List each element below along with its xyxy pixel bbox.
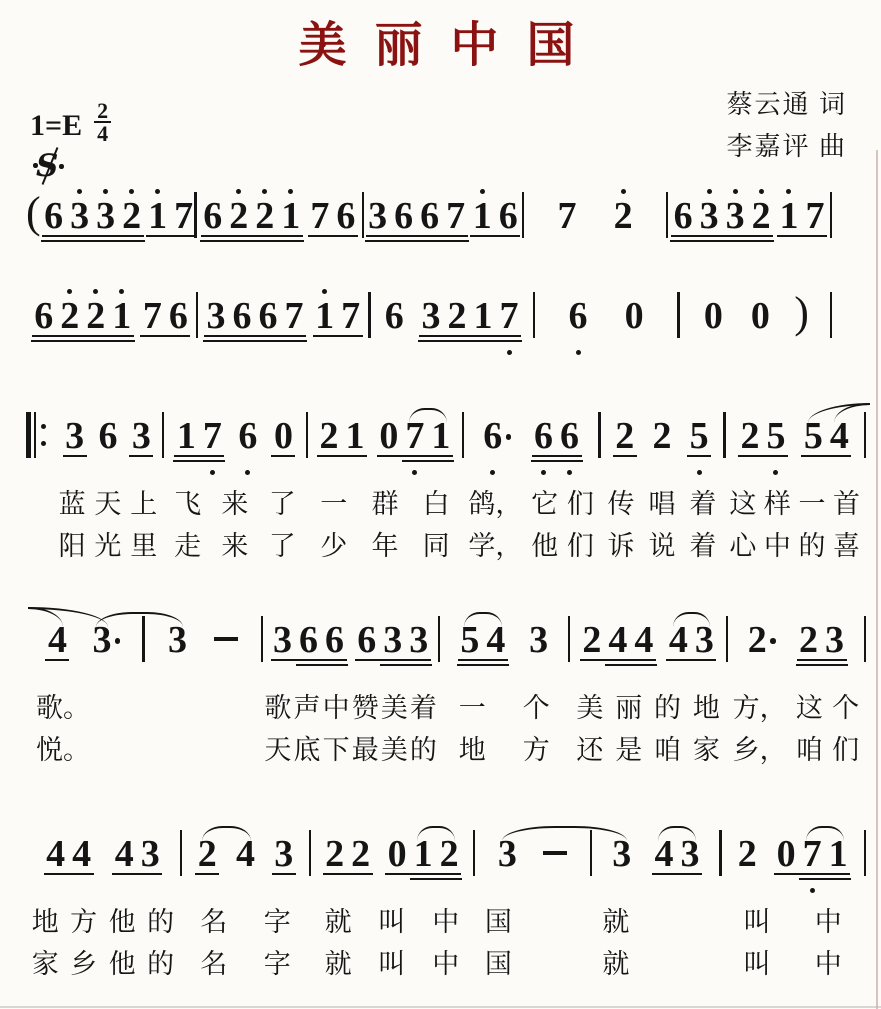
lyric-syllable: 咱 <box>796 728 823 767</box>
octave-dot-below <box>773 470 778 475</box>
duration-lines <box>346 457 365 467</box>
duration-lines <box>60 337 79 347</box>
notes-line: 366716 <box>364 182 522 260</box>
verse-line-2: 43歌。悦。3366633歌声中赞美着天底下最美的543一个地方24443美丽的… <box>26 606 872 768</box>
duration-lines <box>652 457 671 467</box>
lyrics-row-1: 就叫中 <box>311 898 473 940</box>
duration-lines <box>174 237 193 247</box>
lyric-syllable: 就 <box>325 900 352 939</box>
duration-lines <box>232 337 251 347</box>
lyric-syllable: 同 <box>423 524 450 563</box>
note: 2 <box>316 402 342 480</box>
lyric-syllable: 一 <box>798 482 825 521</box>
lyric-syllable: 方， <box>733 686 787 725</box>
notes-line: 60 <box>535 282 677 360</box>
slur <box>658 826 695 841</box>
octave-dot-above <box>786 189 791 194</box>
note-digit: 3 <box>206 296 225 337</box>
note-digit: 6 <box>534 416 553 457</box>
note: 1 <box>312 282 338 360</box>
lyrics-row-1: 名字 <box>182 898 309 940</box>
duration-lines <box>690 457 709 467</box>
duration-lines <box>284 337 303 347</box>
duration-lines <box>214 661 238 671</box>
duration-lines <box>473 237 492 247</box>
lyric-syllable: 了 <box>269 524 296 563</box>
duration-lines <box>98 457 117 467</box>
octave-dot-below <box>567 470 572 475</box>
note-group: 6332 <box>41 182 145 260</box>
note-group: 3 <box>128 402 154 480</box>
duration-lines <box>700 237 719 247</box>
note: 0 <box>270 402 296 480</box>
lyricist-credit: 蔡云通 词 <box>726 84 847 126</box>
lyric-syllable: 地 <box>32 900 59 939</box>
note: 6 <box>200 182 226 260</box>
note: 4 <box>69 820 95 898</box>
note-digit: 2 <box>748 620 767 661</box>
note-digit: 2 <box>740 416 759 457</box>
note-digit: 2 <box>752 196 771 237</box>
note-digit: 6 <box>483 416 502 457</box>
note-digit: 4 <box>46 834 65 875</box>
duration-lines <box>169 337 188 347</box>
duration-lines <box>422 337 441 347</box>
notes-line: 633217 <box>41 182 195 260</box>
lyric-syllable: 他 <box>531 524 558 563</box>
note: 6 <box>391 182 417 260</box>
lyrics-row-2: 阳光里 <box>54 522 162 564</box>
note-digit: 3 <box>368 196 387 237</box>
octave-dot-above <box>236 189 241 194</box>
note-group: 3 <box>62 402 88 480</box>
duration-lines <box>310 237 329 247</box>
duration-lines <box>830 457 849 467</box>
note: 7 <box>338 282 364 360</box>
octave-dot-below-slot <box>697 467 702 480</box>
duration-lines <box>299 661 318 671</box>
note: 2 <box>444 282 470 360</box>
note-digit: 7 <box>143 296 162 337</box>
lyric-syllable: 叫 <box>744 942 771 981</box>
octave-dot-below-slot <box>412 467 417 480</box>
note-group: 25 <box>737 402 789 480</box>
lyrics-row-2: 乡，咱们 <box>728 726 864 768</box>
duration-lines <box>258 337 277 347</box>
lyric-syllable: 光 <box>94 524 121 563</box>
measure: 00) <box>680 282 830 360</box>
note-digit: 6 <box>385 296 404 337</box>
sheet-music-page: 美 丽 中 国 蔡云通 词 李嘉评 曲 1=E 2 4 S (633217622… <box>0 0 881 1009</box>
note: 2 <box>226 182 252 260</box>
duration-lines <box>238 457 257 467</box>
lyric-syllable: 最 <box>352 728 379 767</box>
lyric-syllable: 少 <box>320 524 347 563</box>
note-digit: 6 <box>325 620 344 661</box>
note: 6 <box>354 606 380 684</box>
note-digit: 6 <box>674 196 693 237</box>
note-digit: 4 <box>608 620 627 661</box>
note: 1 <box>470 282 496 360</box>
octave-dot-below-slot <box>541 467 546 480</box>
measure: 225传唱着诉说着 <box>601 402 724 564</box>
duration-lines <box>803 875 822 885</box>
duration-lines <box>368 237 387 247</box>
lyric-syllable: 底 <box>293 728 320 767</box>
note-digit: 1 <box>281 196 300 237</box>
note: 3 <box>380 606 406 684</box>
note: 1 <box>145 182 171 260</box>
duration-lines <box>325 661 344 671</box>
octave-dot-above <box>93 289 98 294</box>
note-group: 0 <box>270 402 296 480</box>
note-digit: 1 <box>474 296 493 337</box>
duration-lines <box>388 875 407 885</box>
lyrics-row-1: 叫中 <box>722 898 864 940</box>
octave-dot-below <box>507 350 512 355</box>
note: 5 <box>686 402 712 480</box>
duration-lines <box>669 661 688 671</box>
lyric-syllable: 就 <box>602 942 629 981</box>
note: 6 <box>296 606 322 684</box>
lyric-syllable: 美 <box>381 728 408 767</box>
augmentation-dot <box>115 638 121 644</box>
note-digit: 3 <box>70 196 89 237</box>
note-group: 0 <box>621 282 647 360</box>
lyric-syllable: 白 <box>423 482 450 521</box>
measure: 343就就 <box>592 820 719 982</box>
intro-line-2: 622176366717632176000) <box>26 282 872 360</box>
note-digit: 6 <box>394 196 413 237</box>
lyric-syllable: 中 <box>432 942 459 981</box>
duration-lines <box>70 237 89 247</box>
lyric-syllable: 的 <box>798 524 825 563</box>
note: 7 <box>802 182 828 260</box>
note-digit: 3 <box>274 834 293 875</box>
note-group: 3667 <box>365 182 469 260</box>
octave-dot-above-slot <box>77 182 82 196</box>
note-group: 66 <box>531 402 583 480</box>
lyric-syllable: 歌。 <box>36 686 90 725</box>
note-group: 366 <box>270 606 348 684</box>
duration-lines <box>446 237 465 247</box>
note: 7 <box>496 282 522 360</box>
octave-dot-above <box>480 189 485 194</box>
note-group: 2 <box>610 182 636 260</box>
lyric-syllable: 美 <box>381 686 408 725</box>
note: 3 <box>271 820 297 898</box>
note-group: 6221 <box>200 182 304 260</box>
note-digit: 3 <box>273 620 292 661</box>
note-digit: 3 <box>141 834 160 875</box>
duration-lines <box>740 457 759 467</box>
lyrics-row-2: 还是咱家 <box>570 726 725 768</box>
duration-lines <box>748 661 767 671</box>
note-digit: 0 <box>388 834 407 875</box>
measure: 223方，这个乡，咱们 <box>728 606 864 768</box>
note: 1 <box>469 182 495 260</box>
augmentation-dot <box>770 638 776 644</box>
note: 6 <box>95 402 121 480</box>
note-digit: 7 <box>558 196 577 237</box>
octave-dot-above-slot <box>288 182 293 196</box>
duration-lines <box>414 875 433 885</box>
duration-lines <box>529 661 548 671</box>
measures-row: (63321762217636671672633217 <box>26 182 832 260</box>
note-digit: 7 <box>805 196 824 237</box>
lyric-syllable: 着 <box>689 482 716 521</box>
lyric-syllable: 的 <box>654 686 681 725</box>
note-group: 2 <box>649 402 675 480</box>
note: 3 <box>365 182 391 260</box>
duration-lines <box>86 337 105 347</box>
lyrics-row-2: 国 <box>475 940 590 982</box>
lyric-syllable: 着 <box>410 686 437 725</box>
duration-lines <box>420 237 439 247</box>
lyric-syllable: 下 <box>323 728 350 767</box>
lyrics-row-2: 就叫中 <box>311 940 473 982</box>
duration-lines <box>431 457 450 467</box>
measure: 622176 <box>197 182 362 260</box>
octave-dot-above <box>707 189 712 194</box>
segno-icon: S <box>36 148 70 186</box>
lyrics-row-1: 传唱着 <box>601 480 724 522</box>
octave-dot-above <box>621 189 626 194</box>
note: 2 <box>579 606 605 684</box>
lyric-syllable: 来 <box>221 482 248 521</box>
note-group: 44 <box>43 820 95 898</box>
octave-dot-below-slot <box>245 467 250 480</box>
note: 1 <box>109 282 135 360</box>
note: 6 <box>480 402 506 480</box>
octave-dot-below <box>576 350 581 355</box>
note-digit: 6 <box>44 196 63 237</box>
measures-row: 4443地方他的家乡他的243名字名字22012就叫中就叫中3国国343就就20… <box>26 820 866 982</box>
note: 2 <box>744 606 770 684</box>
note-digit: 2 <box>325 834 344 875</box>
duration-lines <box>825 661 844 671</box>
lyric-syllable: 家 <box>693 728 720 767</box>
note-group: 3217 <box>418 282 522 360</box>
lyric-syllable: 们 <box>832 728 859 767</box>
note: 6 <box>229 282 255 360</box>
lyric-syllable: 这 <box>729 482 756 521</box>
lyrics-row-2: 家乡他的 <box>26 940 180 982</box>
note: 7 <box>307 182 333 260</box>
measure: 21071一群白少年同 <box>308 402 462 564</box>
credits: 蔡云通 词 李嘉评 曲 <box>726 84 847 168</box>
duration-lines <box>229 237 248 247</box>
repeat-dot <box>41 441 46 446</box>
note-digit: 1 <box>112 296 131 337</box>
duration-lines <box>206 337 225 347</box>
duration-lines <box>122 237 141 247</box>
lyric-syllable: 字 <box>264 942 291 981</box>
barline <box>830 192 832 238</box>
duration-lines <box>203 457 222 467</box>
duration-lines <box>48 661 67 671</box>
lyric-syllable: 咱 <box>654 728 681 767</box>
note: 2 <box>748 182 774 260</box>
lyric-syllable: 这 <box>796 686 823 725</box>
note-digit: 1 <box>177 416 196 457</box>
duration-lines <box>394 237 413 247</box>
lyric-syllable: 美 <box>576 686 603 725</box>
note-group: 244 <box>579 606 657 684</box>
note-digit: 3 <box>825 620 844 661</box>
lyric-syllable: 年 <box>371 524 398 563</box>
lyric-syllable: 蓝 <box>59 482 86 521</box>
note: 4 <box>631 606 657 684</box>
duration-lines <box>46 875 65 885</box>
duration-lines <box>96 237 115 247</box>
note: 0 <box>700 282 726 360</box>
note-digit: 3 <box>96 196 115 237</box>
note: 0 <box>747 282 773 360</box>
duration-lines <box>351 875 370 885</box>
repeat-start-sign <box>26 412 46 458</box>
notes-line: 622176 <box>197 182 362 260</box>
lyrics-row-1: 蓝天上 <box>54 480 162 522</box>
note: 0 <box>376 402 402 480</box>
open-paren: ( <box>26 190 41 236</box>
duration-lines <box>203 237 222 247</box>
note-group: 23 <box>796 606 848 684</box>
lyrics-row-1: 就 <box>592 898 719 940</box>
measure: 43歌。悦。 <box>26 606 142 768</box>
lyrics-row-1: 歌声中赞美着 <box>263 684 438 726</box>
note: 6 <box>495 182 521 260</box>
duration-lines <box>560 457 579 467</box>
note: 6 <box>165 282 191 360</box>
note-digit: 2 <box>229 196 248 237</box>
augmentation-dot <box>506 434 512 440</box>
note-digit: 6 <box>420 196 439 237</box>
note: 7 <box>281 282 307 360</box>
note-group: 6 <box>235 402 261 480</box>
duration-lines <box>143 337 162 347</box>
duration-lines <box>752 237 771 247</box>
duration-lines <box>341 337 360 347</box>
duration-lines <box>379 457 398 467</box>
lyric-syllable: 个 <box>523 686 550 725</box>
note-group: 3667 <box>203 282 307 360</box>
duration-lines <box>440 875 459 885</box>
note-digit: 2 <box>448 296 467 337</box>
lyric-syllable: 中 <box>764 524 791 563</box>
note-digit: 6 <box>336 196 355 237</box>
octave-dot-above <box>759 189 764 194</box>
lyric-syllable: 他 <box>109 900 136 939</box>
note-digit: 0 <box>625 296 644 337</box>
note-group: 6 <box>480 402 515 480</box>
duration-lines <box>608 661 627 671</box>
note-group: 2 <box>734 820 760 898</box>
note: 6 <box>333 182 359 260</box>
note-group: 7 <box>554 182 580 260</box>
lyrics-row-1: 一个 <box>440 684 568 726</box>
note-digit: 6 <box>232 296 251 337</box>
duration-lines <box>168 661 187 671</box>
octave-dot-below-slot <box>567 467 572 480</box>
note-digit: 6 <box>169 296 188 337</box>
lyrics-row-1: 地方他的 <box>26 898 180 940</box>
note-digit: 2 <box>351 834 370 875</box>
lyric-syllable: 声 <box>293 686 320 725</box>
time-signature: 2 4 <box>94 100 111 144</box>
note-group: 76 <box>139 282 191 360</box>
note: 6 <box>557 402 583 480</box>
measures-row: 363蓝天上阳光里1760飞来了走来了21071一群白少年同666鸽，它们学，他… <box>26 402 866 564</box>
duration-lines <box>486 661 505 671</box>
octave-dot-above <box>155 189 160 194</box>
notes-line: 622176 <box>26 282 196 360</box>
lyric-syllable: 还 <box>576 728 603 767</box>
measure: 366717 <box>198 282 368 360</box>
octave-dot-above-slot <box>621 182 626 196</box>
note-digit: 6 <box>357 620 376 661</box>
note: 0 <box>384 820 410 898</box>
lyric-syllable: 个 <box>832 686 859 725</box>
note-group: 6 <box>381 282 407 360</box>
duration-lines <box>281 237 300 247</box>
note: 3 <box>526 606 552 684</box>
octave-dot-below <box>490 470 495 475</box>
song-title: 美 丽 中 国 <box>0 6 881 75</box>
note: 4 <box>605 606 631 684</box>
note: 2 <box>322 820 348 898</box>
lyrics-row-2: 悦。 <box>26 726 142 768</box>
note: 7 <box>139 282 165 360</box>
note-digit: 3 <box>700 196 719 237</box>
note-digit: 6 <box>569 296 588 337</box>
note-digit: 6 <box>238 416 257 457</box>
lyric-syllable: 天 <box>94 482 121 521</box>
octave-dot-below-slot <box>810 885 815 898</box>
note-group: 17 <box>173 402 225 480</box>
duration-lines <box>474 337 493 347</box>
note-group: 21 <box>316 402 368 480</box>
duration-lines <box>582 661 601 671</box>
lyric-syllable: 群 <box>371 482 398 521</box>
score: (633217622176366716726332176221763667176… <box>26 182 872 982</box>
note: 6 <box>235 402 261 480</box>
duration-lines <box>320 457 339 467</box>
note: 2 <box>348 820 374 898</box>
duration-lines <box>141 875 160 885</box>
duration-lines <box>681 875 700 885</box>
repeat-dot <box>41 424 46 429</box>
note-group: 16 <box>469 182 521 260</box>
lyric-syllable: 中 <box>432 900 459 939</box>
note-group: 6 <box>95 402 121 480</box>
measure: 666鸽，它们学，他们 <box>464 402 598 564</box>
note: 2 <box>612 402 638 480</box>
duration-lines <box>115 875 134 885</box>
note: 6 <box>381 282 407 360</box>
octave-dot-below-slot <box>490 467 495 480</box>
duration-lines <box>655 875 674 885</box>
octave-dot-above-slot <box>129 182 134 196</box>
lyric-syllable: 的 <box>410 728 437 767</box>
lyric-syllable: 一 <box>320 482 347 521</box>
note-digit: 2 <box>86 296 105 337</box>
notes-line: 72 <box>524 182 666 260</box>
note-digit: 4 <box>634 620 653 661</box>
measure: 63217 <box>371 282 533 360</box>
meter-lower: 4 <box>97 123 108 144</box>
note-group: 17 <box>145 182 197 260</box>
